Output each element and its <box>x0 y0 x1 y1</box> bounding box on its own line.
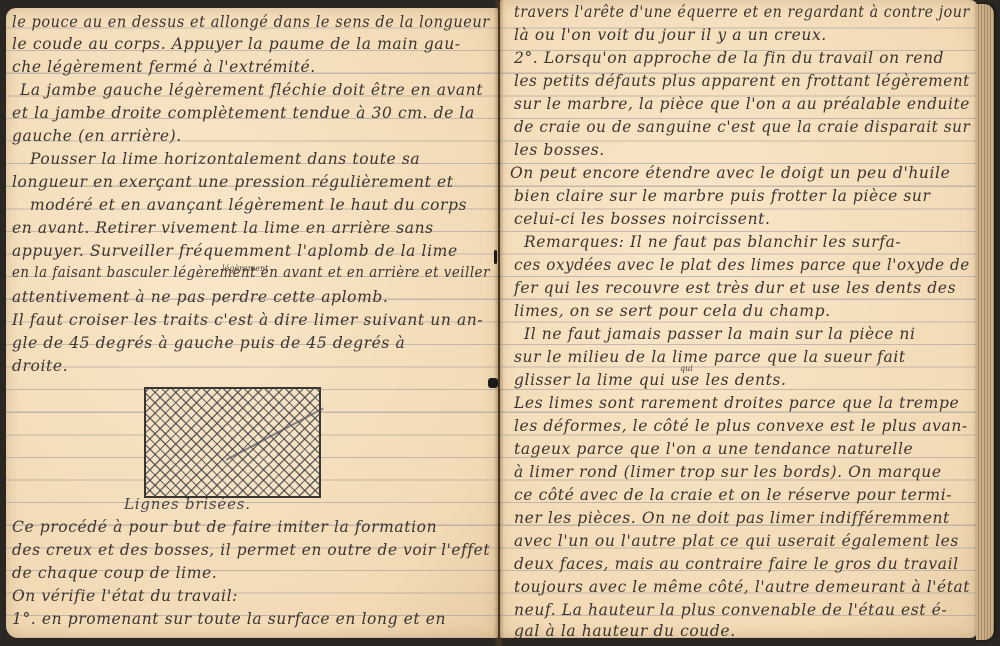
right-notebook-page: travers l'arête d'une équerre et en rega… <box>500 0 978 638</box>
text-line: le pouce au en dessus et allongé dans le… <box>12 13 490 31</box>
ink-blot <box>488 378 498 388</box>
text-line: gal à la hauteur du coude. <box>514 622 736 638</box>
text-line: ces oxydées avec le plat des limes parce… <box>514 256 970 274</box>
ink-mark <box>494 250 497 264</box>
text-line: modéré et en avançant légèrement le haut… <box>30 196 467 214</box>
text-line: de chaque coup de lime. <box>12 564 217 582</box>
text-line: limes, on se sert pour cela du champ. <box>514 302 831 320</box>
text-line: Ce procédé à pour but de faire imiter la… <box>12 518 437 536</box>
text-line: On peut encore étendre avec le doigt un … <box>510 164 950 182</box>
text-line: les déformes, le côté le plus convexe es… <box>514 417 968 435</box>
text-line: avec l'un ou l'autre plat ce qui userait… <box>514 532 959 550</box>
text-line: à limer rond (limer trop sur les bords).… <box>514 463 942 481</box>
text-line: gle de 45 degrés à gauche puis de 45 deg… <box>12 334 405 352</box>
text-line: Il ne faut jamais passer la main sur la … <box>524 325 916 343</box>
text-line: gauche (en arrière). <box>12 127 182 145</box>
text-line: ce côté avec de la craie et on le réserv… <box>514 486 952 504</box>
text-line: des creux et des bosses, il permet en ou… <box>12 541 490 559</box>
text-line: 1°. en promenant sur toute la surface en… <box>12 610 446 628</box>
text-line: neuf. La hauteur la plus convenable de l… <box>514 601 947 619</box>
text-line: en avant. Retirer vivement la lime en ar… <box>12 219 434 237</box>
text-line: et la jambe droite complètement tendue à… <box>12 104 475 122</box>
text-line: sur le milieu de la lime parce que la su… <box>514 348 906 366</box>
text-line: glisser la lime qui use les dents. <box>514 371 787 389</box>
text-line: celui-ci les bosses noircissent. <box>514 210 771 228</box>
text-line: les bosses. <box>514 141 605 159</box>
text-line: sur le marbre, la pièce que l'on a au pr… <box>514 95 970 113</box>
text-line: ner les pièces. On ne doit pas limer ind… <box>514 509 950 527</box>
text-line: bien claire sur le marbre puis frotter l… <box>514 187 931 205</box>
text-line: La jambe gauche légèrement fléchie doit … <box>20 81 483 99</box>
text-line: Les limes sont rarement droites parce qu… <box>514 394 959 412</box>
text-line: travers l'arête d'une équerre et en rega… <box>514 3 970 21</box>
text-line: longueur en exerçant une pression réguli… <box>12 173 454 191</box>
text-line: de craie ou de sanguine c'est que la cra… <box>514 118 970 136</box>
text-line: Pousser la lime horizontalement dans tou… <box>30 150 420 168</box>
text-line: fer qui les recouvre est très dur et use… <box>514 279 956 297</box>
text-line: là ou l'on voit du jour il y a un creux. <box>514 26 827 44</box>
text-line: che légèrement fermé à l'extrémité. <box>12 58 316 76</box>
text-line: 2°. Lorsqu'on approche de la fin du trav… <box>514 49 944 67</box>
text-line: Remarques: Il ne faut pas blanchir les s… <box>524 233 901 251</box>
text-line: les petits défauts plus apparent en frot… <box>514 72 970 90</box>
text-line: deux faces, mais au contraire faire le g… <box>514 555 959 573</box>
cross-hatched-figure <box>144 387 321 498</box>
text-line: tageux parce que l'on a une tendance nat… <box>514 440 913 458</box>
text-line: en la faisant basculer légèrement en ava… <box>12 265 490 281</box>
text-line: Il faut croiser les traits c'est à dire … <box>12 311 483 329</box>
text-line: droite. <box>12 357 68 375</box>
left-notebook-page: le pouce au en dessus et allongé dans le… <box>6 8 498 638</box>
text-line: On vérifie l'état du travail: <box>12 587 238 605</box>
text-line: toujours avec le même côté, l'autre deme… <box>514 578 970 596</box>
figure-caption: Lignes brisées. <box>124 495 251 513</box>
text-line: le coude au corps. Appuyer la paume de l… <box>12 35 461 53</box>
text-line: attentivement à ne pas perdre cette aplo… <box>12 288 388 306</box>
page-edge-stack <box>976 4 994 640</box>
figure-stroke <box>226 407 324 460</box>
text-line: appuyer. Surveiller fréquemment l'aplomb… <box>12 242 458 260</box>
